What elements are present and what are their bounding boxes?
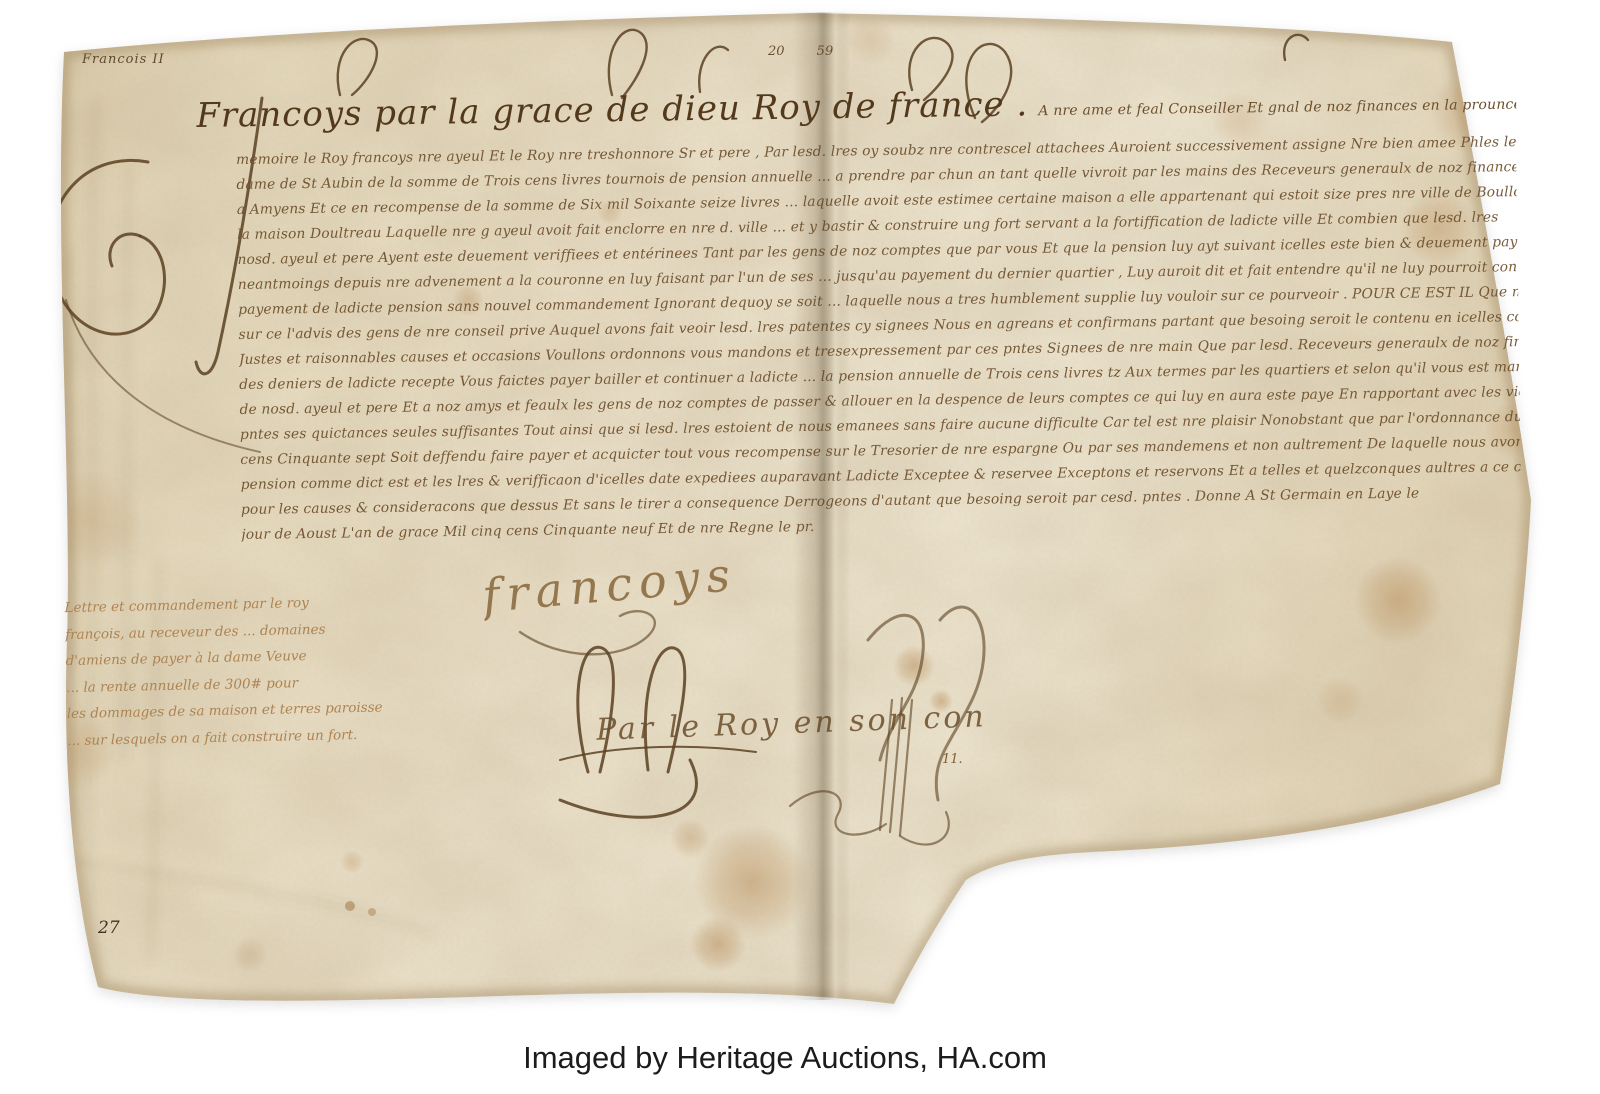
docket-date-mark: 20 59 xyxy=(768,44,833,59)
photo-frame: Francois II 20 59 Francoys par la grace … xyxy=(0,0,1600,1094)
inventory-number-mark: 27 xyxy=(98,918,120,938)
manuscript-body: memoire le Roy francoys nre ayeul Et le … xyxy=(236,134,1521,552)
cataloguer-annotation: Francois II xyxy=(82,52,165,67)
docket-summary-note: Lettre et commandement par le roy franço… xyxy=(64,592,457,759)
heading-continuation: A nre ame et feal Conseiller Et gnal de … xyxy=(1038,92,1516,119)
auction-credit-caption: Imaged by Heritage Auctions, HA.com xyxy=(0,1040,1570,1076)
subscription-side-mark: 11. xyxy=(942,752,963,767)
